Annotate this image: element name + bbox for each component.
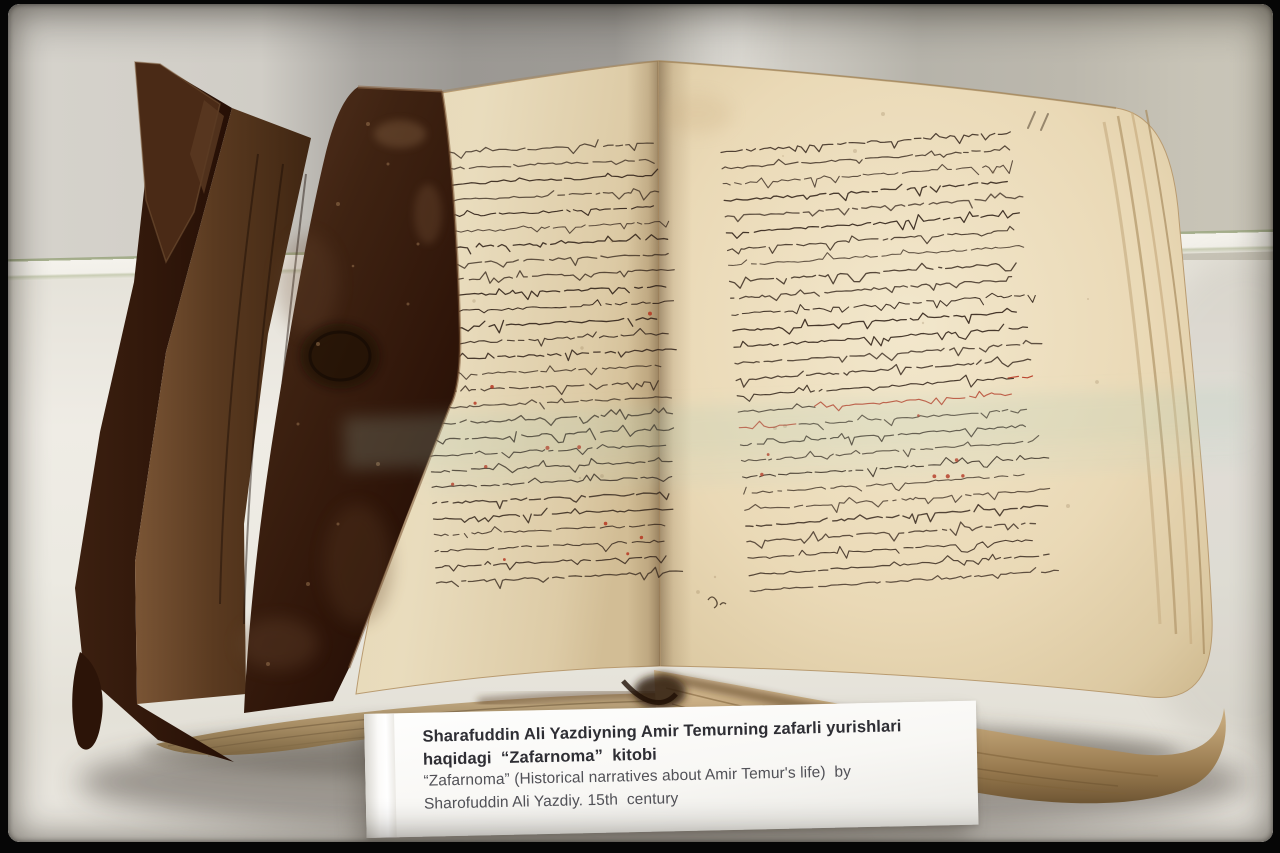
photo-frame: Sharafuddin Ali Yazdiyning Amir Temurnin… bbox=[0, 0, 1280, 853]
museum-display-scene: Sharafuddin Ali Yazdiyning Amir Temurnin… bbox=[8, 4, 1273, 842]
label-card: Sharafuddin Ali Yazdiyning Amir Temurnin… bbox=[364, 701, 979, 838]
label-card-text: Sharafuddin Ali Yazdiyning Amir Temurnin… bbox=[422, 714, 966, 816]
flap-stamp bbox=[300, 323, 380, 389]
